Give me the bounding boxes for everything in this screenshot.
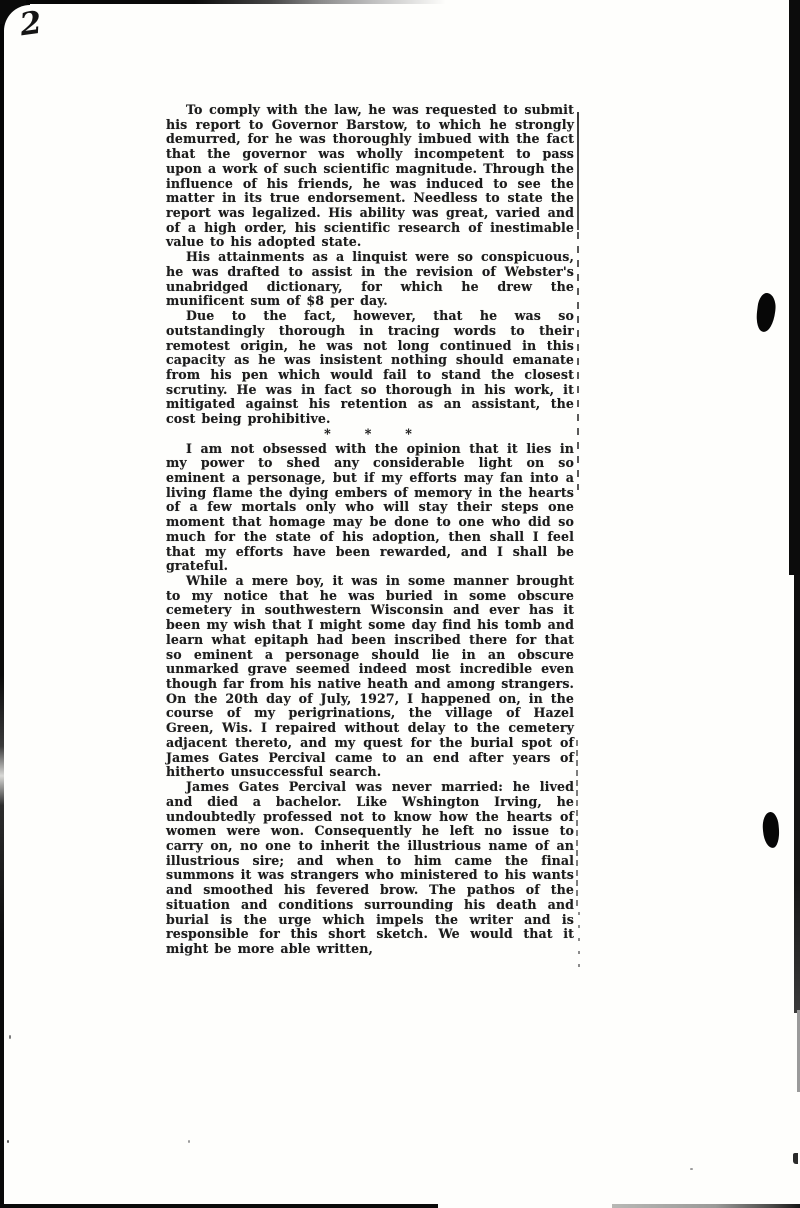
section-separator: * * *	[166, 427, 574, 442]
scan-edge-right-upper	[789, 0, 800, 575]
column-rule-dots	[578, 912, 580, 970]
paragraph-4: I am not obsessed with the opinion that …	[166, 442, 574, 574]
column-rule-dashed	[577, 232, 579, 490]
paragraph-6: James Gates Percival was never married: …	[166, 780, 574, 957]
scanned-document-page: 2 To comply with the law, he was request…	[0, 0, 800, 1208]
scan-edge-top	[26, 0, 446, 4]
column-rule-solid	[577, 112, 579, 230]
handwritten-page-number: 2	[18, 5, 44, 44]
article-column: To comply with the law, he was requested…	[166, 103, 574, 957]
scan-edge-bottom-left	[0, 1204, 438, 1208]
paragraph-5: While a mere boy, it was in some manner …	[166, 574, 574, 780]
paragraph-2: His attainments as a linquist were so co…	[166, 250, 574, 309]
scan-speck	[188, 1140, 190, 1143]
ink-blob-upper	[755, 292, 778, 333]
paragraph-1: To comply with the law, he was requested…	[166, 103, 574, 250]
ink-blob-lower	[761, 811, 780, 848]
scan-edge-bottom-right	[612, 1204, 800, 1208]
scan-edge-right-mark	[793, 1153, 798, 1164]
scan-speck	[7, 1140, 9, 1143]
scan-speck	[9, 1035, 11, 1039]
scan-edge-right-middle	[794, 575, 800, 1013]
scan-edge-left	[0, 24, 4, 1208]
column-rule-gray	[576, 740, 578, 908]
paragraph-3: Due to the fact, however, that he was so…	[166, 309, 574, 427]
scan-speck	[690, 1168, 693, 1170]
